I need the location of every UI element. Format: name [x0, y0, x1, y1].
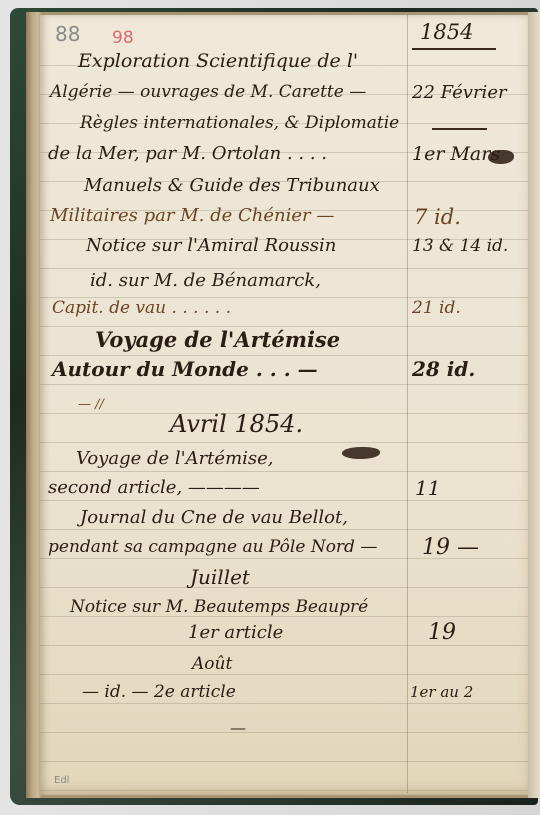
entry-text: id. sur M. de Bénamarck, — [90, 270, 321, 291]
entry-text: de la Mer, par M. Ortolan . . . . — [48, 143, 327, 164]
date-column-rule — [407, 15, 408, 793]
month-heading-august: Août — [192, 654, 232, 674]
entry-date: 21 id. — [412, 298, 461, 318]
entry-date: 13 & 14 id. — [412, 236, 508, 256]
date-dash — [432, 128, 487, 130]
entry-text: 1er article — [188, 622, 283, 643]
entry-date: 22 Février — [412, 82, 507, 103]
next-page-edge — [528, 12, 540, 798]
pencil-page-number: 88 — [55, 22, 80, 46]
entry-date: 1er au 2 — [410, 683, 473, 701]
entry-text: Voyage de l'Artémise, — [76, 448, 274, 469]
ink-blot — [488, 150, 514, 164]
separator-mark: — // — [78, 397, 104, 412]
entry-text: Voyage de l'Artémise — [95, 327, 340, 352]
month-heading-july: Juillet — [190, 565, 250, 589]
entry-date: 19 — — [422, 535, 479, 560]
entry-date: 19 — [428, 620, 456, 645]
entry-text: Notice sur M. Beautemps Beaupré — [70, 597, 368, 617]
entry-text: Règles internationales, & Diplomatie — [80, 113, 399, 133]
ink-blot — [342, 447, 380, 459]
entry-text: Algérie — ouvrages de M. Carette — — [50, 82, 366, 102]
entry-text: Autour du Monde . . . — — [52, 357, 318, 381]
year-underline — [412, 48, 496, 50]
entry-text: Capit. de vau . . . . . . — [52, 298, 231, 318]
entry-text: Militaires par M. de Chénier — — [50, 205, 334, 226]
entry-text: Journal du Cne de vau Bellot, — [80, 507, 348, 528]
year-heading: 1854 — [420, 20, 473, 44]
entry-text: — id. — 2e article — [82, 682, 236, 702]
month-heading-april: Avril 1854. — [170, 410, 303, 438]
entry-date: 7 id. — [414, 205, 461, 229]
entry-text: Exploration Scientifique de l' — [78, 50, 358, 72]
entry-date: 1er Mars — [412, 143, 500, 165]
entry-date: 11 — [415, 476, 440, 500]
entry-date: 28 id. — [412, 357, 475, 381]
entry-text: Manuels & Guide des Tribunaux — [84, 175, 380, 196]
bottom-initials: Edl — [54, 775, 69, 786]
entry-text: Notice sur l'Amiral Roussin — [86, 235, 336, 256]
red-page-number: 98 — [112, 28, 134, 48]
entry-text: second article, ———— — [48, 477, 260, 498]
entry-text: pendant sa campagne au Pôle Nord — — [48, 537, 377, 557]
closing-dash: — — [230, 718, 246, 737]
